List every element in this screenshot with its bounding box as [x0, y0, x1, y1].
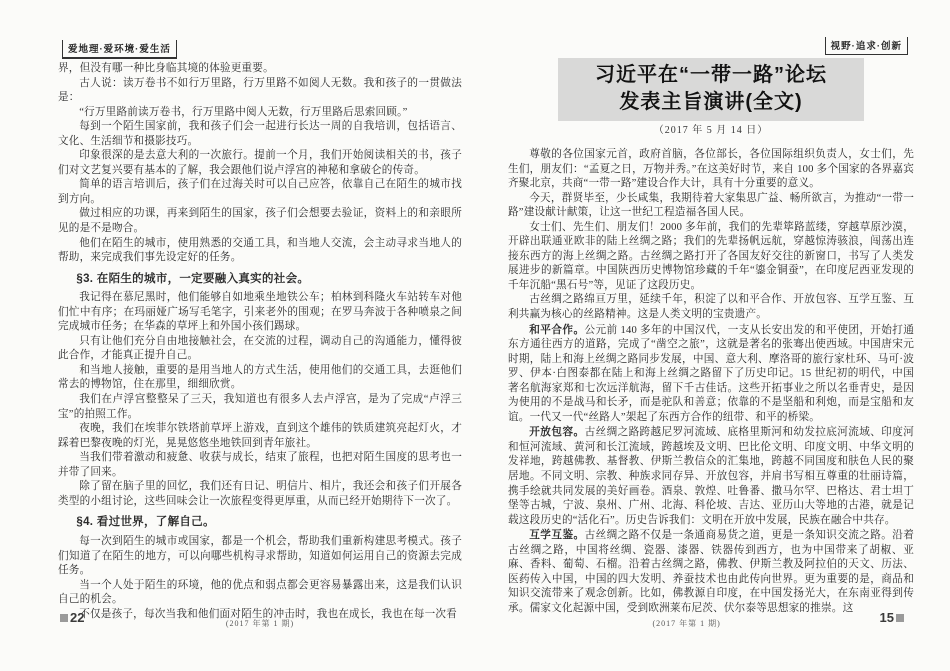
- paragraph: 开放包容。古丝绸之路跨越尼罗河流域、底格里斯河和幼发拉底河流域、印度河和恒河流域…: [508, 425, 914, 528]
- paragraph-lead: 互学互鉴。: [529, 529, 584, 541]
- paragraph: 只有让他们充分自由地接触社会，在交流的过程，调动自己的沟通能力，懂得彼此合作，才…: [58, 335, 462, 364]
- left-footer-issue: (2017 年第 1 期): [226, 618, 294, 629]
- article-date: （2017 年 5 月 14 日）: [508, 121, 914, 136]
- paragraph: 他们在陌生的城市，使用熟悉的交通工具，和当地人交流，会主动寻求当地人的帮助，来完…: [58, 237, 462, 266]
- paragraph: 当一个人处于陌生的环境，他的优点和弱点都会更容易暴露出来，这是我们认识自己的机会…: [58, 579, 462, 608]
- paragraph: 尊敬的各位国家元首，政府首脑，各位部长，各位国际组织负责人，女士们，先生们，朋友…: [508, 148, 914, 192]
- paragraph: 每一次到陌生的城市或国家，都是一个机会，帮助我们重新构建思考模式。孩子们知道了在…: [58, 535, 462, 579]
- paragraph: 简单的语言培训后，孩子们在过海关时可以自己应答，依靠自己在陌生的城市找到方向。: [58, 178, 462, 207]
- section-heading: §3. 在陌生的城市，一定要融入真实的社会。: [58, 272, 462, 287]
- paragraph: 今天，群贤毕至，少长咸集，我期待着大家集思广益、畅所欲言，为推动“一带一路”建设…: [508, 192, 914, 221]
- paragraph: 我们在卢浮宫整整呆了三天，我知道也有很多人去卢浮宫，是为了完成“卢浮三宝”的拍照…: [58, 393, 462, 422]
- paragraph: 古丝绸之路绵亘万里，延续千年，积淀了以和平合作、开放包容、互学互鉴、互利共赢为核…: [508, 293, 914, 322]
- magazine-spread: { "left_page": { "running_head": "爱地理·爱环…: [0, 0, 950, 671]
- paragraph: 界，但没有哪一种比身临其境的体验更重要。: [58, 62, 462, 77]
- paragraph: 我记得在慕尼黑时，他们能够自如地乘坐地铁公车；柏林到科隆火车站转车对他们忙中有序…: [58, 291, 462, 335]
- right-page-number-label: 15: [880, 610, 894, 625]
- left-page-number: 22: [60, 610, 84, 625]
- paragraph: 印象很深的是去意大利的一次旅行。提前一个月，我们开始阅读相关的书，孩子们对文艺复…: [58, 149, 462, 178]
- paragraph: “行万里路前读万卷书，行万里路中阅人无数，行万里路后思索回顾。”: [58, 106, 462, 121]
- paragraph: 和当地人接触，重要的是用当地人的方式生活，使用他们的交通工具，去逛他们常去的博物…: [58, 364, 462, 393]
- paragraph: 当我们带着激动和疲惫、收获与成长，结束了旅程，也把对陌生国度的思考也一并带了回来…: [58, 451, 462, 480]
- paragraph: 和平合作。公元前 140 多年的中国汉代，一支从长安出发的和平使团，开始打通东方…: [508, 323, 914, 426]
- paragraph: 除了留在脑子里的回忆，我们还有日记、明信片、相片，我还会和孩子们开展各类型的小组…: [58, 480, 462, 509]
- article-title-line1: 习近平在“一带一路”论坛: [558, 62, 864, 89]
- paragraph: 女士们、先生们、朋友们！2000 多年前，我们的先辈筚路蓝缕，穿越草原沙漠，开辟…: [508, 221, 914, 294]
- paragraph: 互学互鉴。古丝绸之路不仅是一条通商易货之道，更是一条知识交流之路。沿着古丝绸之路…: [508, 528, 914, 616]
- left-running-head: 爱地理·爱环境·爱生活: [62, 40, 177, 59]
- left-page: 爱地理·爱环境·爱生活 界，但没有哪一种比身临其境的体验更重要。古人说：读万卷书…: [58, 0, 462, 671]
- paragraph-lead: 开放包容。: [529, 426, 584, 438]
- paragraph: 每到一个陌生国家前，我和孩子们会一起进行长达一周的自我培训，包括语言、文化、生活…: [58, 120, 462, 149]
- article-title-box: 习近平在“一带一路”论坛 发表主旨演讲(全文): [558, 58, 864, 121]
- paragraph: 古人说：读万卷书不如行万里路，行万里路不如阅人无数。我和孩子的一贯做法是：: [58, 77, 462, 106]
- right-page: 视野·追求·创新 习近平在“一带一路”论坛 发表主旨演讲(全文) （2017 年…: [508, 0, 914, 671]
- paragraph: 夜晚，我们在埃菲尔铁塔前草坪上游戏，直到这个雄伟的铁质建筑亮起灯火，才踩着巴黎夜…: [58, 422, 462, 451]
- right-footer-issue: (2017 年第 1 期): [652, 618, 720, 629]
- page-number-square-icon: [60, 614, 68, 622]
- paragraph-lead: 和平合作。: [529, 324, 584, 336]
- right-running-head: 视野·追求·创新: [825, 37, 908, 55]
- scanned-spread-background: 爱地理·爱环境·爱生活 界，但没有哪一种比身临其境的体验更重要。古人说：读万卷书…: [0, 0, 950, 671]
- right-page-number: 15: [880, 610, 904, 625]
- right-page-body: 尊敬的各位国家元首，政府首脑，各位部长，各位国际组织负责人，女士们，先生们，朋友…: [508, 148, 914, 617]
- left-page-body: 界，但没有哪一种比身临其境的体验更重要。古人说：读万卷书不如行万里路，行万里路不…: [58, 62, 462, 622]
- page-number-square-icon: [896, 614, 904, 622]
- left-page-number-label: 22: [70, 610, 84, 625]
- section-heading: §4. 看过世界，了解自己。: [58, 515, 462, 530]
- article-title-line2: 发表主旨演讲(全文): [558, 89, 864, 116]
- paragraph: 做过相应的功课，再来到陌生的国家，孩子们会想要去验证，资料上的和亲眼所见的是不是…: [58, 207, 462, 236]
